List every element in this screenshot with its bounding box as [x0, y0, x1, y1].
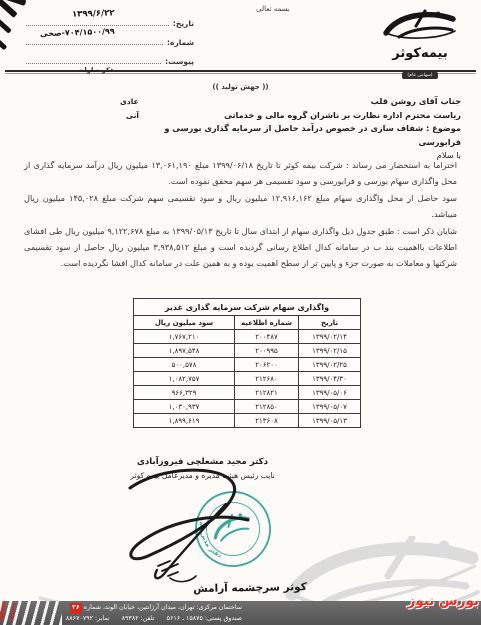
footer-address-number: ۲۶: [70, 603, 82, 614]
table-row: ۱۳۹۹/۰۲/۱۴ ۲۰۰۴۸۷ ۱,۷۶۷,۲۱۰: [134, 330, 361, 344]
recipient-name: جناب آقای روشن قلب: [150, 95, 461, 109]
cell-date: ۱۳۹۹/۰۵/۰۷: [299, 400, 361, 414]
dotted-line: [26, 63, 161, 64]
footer-contact-block: ساختمان مرکزی: تهران، میدان آرژانتین، خی…: [8, 603, 242, 624]
kowsar-logo-icon: [381, 7, 459, 41]
bismillah-text: بسمه تعالی: [238, 5, 308, 13]
cell-profit: ۹۶۶,۳۲۹: [134, 386, 235, 400]
scanned-letter-page: بسمه تعالی بیمه‌کوثر (سهامی عام) تاریخ: …: [0, 0, 481, 625]
table-row: ۱۳۹۹/۰۲/۲۵ ۲۰۶۲۰۰ ۵۰۰,۵۷۸: [134, 358, 361, 372]
scan-artifact: [0, 35, 7, 51]
company-type-chip: (سهامی عام): [402, 72, 437, 79]
recipient-title: ریاست محترم اداره نظارت بر ناشران گروه م…: [150, 109, 461, 123]
priority-normal: عادی: [120, 97, 139, 106]
letterhead-fields: تاریخ: ۱۳۹۹/۶/۲۲ شماره: ۷۰۴/۱۵۰۰/۹۹-صحی …: [26, 10, 194, 67]
press-watermark: بورس نیوز: [408, 593, 479, 609]
table-header-row: تاریخ شماره اطلاعیه سود میلیون ریال: [134, 316, 361, 330]
cell-number: ۲۰۶۲۰۰: [235, 358, 299, 372]
footer-postal: صندوق پستی: ۱۵۸۷۵ ـ ۵۶۱۶: [167, 615, 242, 622]
cell-date: ۱۳۹۹/۰۲/۲۵: [299, 358, 361, 372]
attachment-label: پیوست:: [161, 57, 194, 67]
cell-date: ۱۳۹۹/۰۲/۱۴: [299, 330, 361, 344]
table-row: ۱۳۹۹/۰۵/۱۳ ۲۱۳۶۰۸ ۱,۸۹۹,۶۱۹: [134, 414, 361, 428]
company-logo-block: بیمه‌کوثر (سهامی عام): [369, 7, 471, 80]
cell-date: ۱۳۹۹/۰۵/۰۶: [299, 386, 361, 400]
table-row: ۱۳۹۹/۰۴/۳۰ ۲۱۲۶۸۰ ۱,۰۸۲,۷۵۷: [134, 372, 361, 386]
number-row: شماره: ۷۰۴/۱۵۰۰/۹۹-صحی: [26, 29, 194, 48]
cell-number: ۲۱۳۶۰۸: [235, 414, 299, 428]
priority-urgent: آنی: [126, 111, 139, 120]
cell-profit: ۱,۰۳۰,۹۳۷: [134, 400, 235, 414]
number-label: شماره:: [163, 38, 194, 48]
letter-body: احتراما به استحضار می رساند : شرکت بیمه …: [24, 157, 457, 272]
cell-date: ۱۳۹۹/۰۵/۱۳: [299, 414, 361, 428]
year-slogan: (( جهش تولید )): [0, 83, 481, 91]
attachment-row: پیوست:: [26, 48, 194, 67]
col-announcement-number: شماره اطلاعیه: [235, 316, 299, 330]
footer-address-line: ساختمان مرکزی: تهران، میدان آرژانتین، خی…: [8, 603, 242, 614]
table-title: واگذاری سهام شرکت سرمایه گذاری غدیر: [134, 299, 361, 316]
col-date: تاریخ: [299, 316, 361, 330]
cell-profit: ۱,۸۹۷,۵۴۸: [134, 344, 235, 358]
paragraph-2: سود حاصل از محل واگذاری سهام مبلغ ۱۲,۹۱۶…: [24, 190, 457, 223]
table-row: ۱۳۹۹/۰۵/۰۷ ۲۱۲۸۵۰ ۱,۰۳۰,۹۳۷: [134, 400, 361, 414]
cell-number: ۲۰۰۹۹۵: [235, 344, 299, 358]
handwritten-signature: [108, 466, 278, 590]
cell-number: ۲۰۰۴۸۷: [235, 330, 299, 344]
red-stamp-fragment: [0, 601, 15, 622]
date-label: تاریخ:: [169, 19, 194, 29]
cell-number: ۲۱۲۸۲۱: [235, 386, 299, 400]
cell-profit: ۱,۸۹۹,۶۱۹: [134, 414, 235, 428]
cell-number: ۲۱۲۶۸۰: [235, 372, 299, 386]
table-row: ۱۳۹۹/۰۵/۰۶ ۲۱۲۸۲۱ ۹۶۶,۳۲۹: [134, 386, 361, 400]
number-value: ۷۰۴/۱۵۰۰/۹۹-صحی: [40, 27, 115, 39]
company-name: بیمه‌کوثر: [369, 46, 471, 61]
cell-date: ۱۳۹۹/۰۲/۱۵: [299, 344, 361, 358]
recipient-block: جناب آقای روشن قلب ریاست محترم اداره نظا…: [150, 95, 461, 163]
cell-number: ۲۱۲۸۵۰: [235, 400, 299, 414]
ghadir-transfers-table: واگذاری سهام شرکت سرمایه گذاری غدیر تاری…: [133, 298, 361, 428]
col-profit: سود میلیون ریال: [134, 316, 235, 330]
cell-profit: ۱,۷۶۷,۲۱۰: [134, 330, 235, 344]
cell-profit: ۵۰۰,۵۷۸: [134, 358, 235, 372]
cell-date: ۱۳۹۹/۰۴/۳۰: [299, 372, 361, 386]
paragraph-1: احتراما به استحضار می رساند : شرکت بیمه …: [24, 157, 457, 190]
cell-profit: ۱,۰۸۲,۷۵۷: [134, 372, 235, 386]
attachment-note: ذکر صلوات: [78, 66, 113, 74]
footer-phone-line: صندوق پستی: ۱۵۸۷۵ ـ ۵۶۱۶ تلفن: ۸۹۳۸۲ نما…: [8, 614, 242, 625]
paragraph-3: شایان ذکر است : طبق جدول ذیل واگذاری سها…: [24, 223, 457, 272]
scan-artifact: [0, 15, 12, 33]
date-value: ۱۳۹۹/۶/۲۲: [72, 8, 115, 19]
table-row: ۱۳۹۹/۰۲/۱۵ ۲۰۰۹۹۵ ۱,۸۹۷,۵۴۸: [134, 344, 361, 358]
footer-phone: تلفن: ۸۹۳۸۲: [122, 615, 155, 622]
dotted-line: [26, 25, 169, 26]
footer-fax: نمابر: ۸۸۶۷۰۷۹۲: [66, 615, 110, 622]
subject-line: موضوع : شفاف سازی در خصوص درآمد حاصل از …: [150, 122, 461, 149]
footer-address: ساختمان مرکزی: تهران، میدان آرژانتین، خی…: [84, 604, 242, 611]
dotted-line: [26, 44, 163, 45]
